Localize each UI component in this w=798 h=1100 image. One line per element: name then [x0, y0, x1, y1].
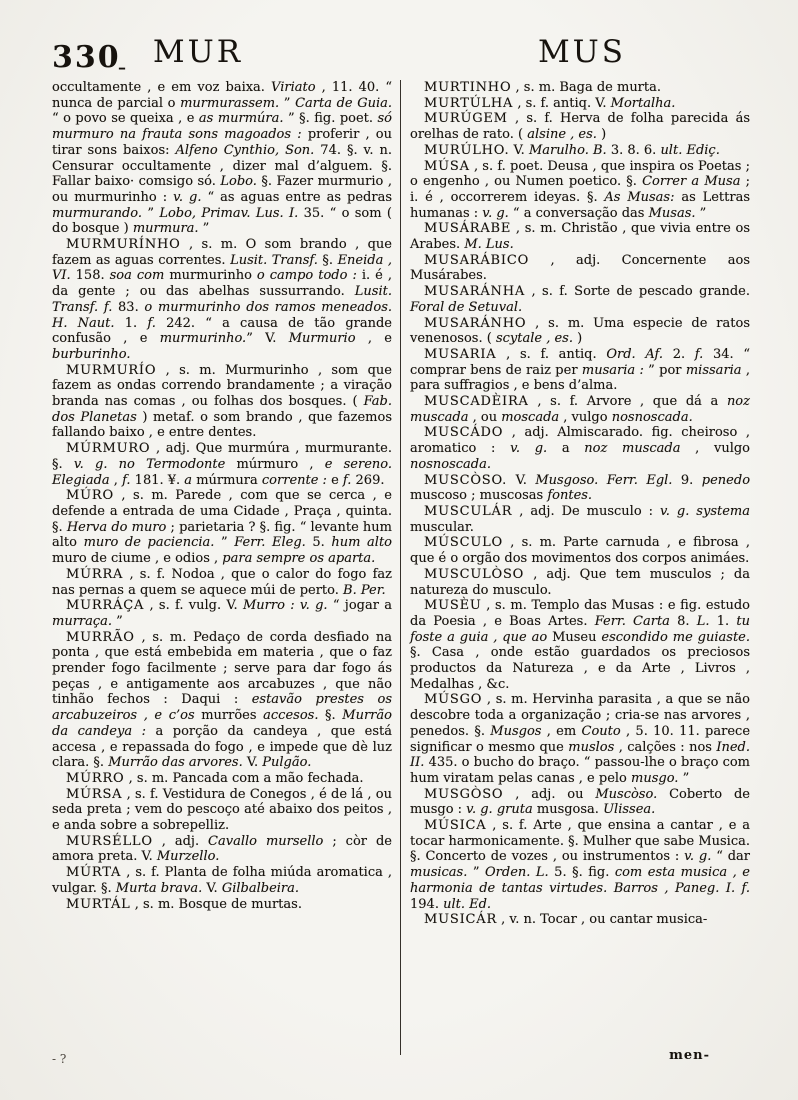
headword: MÚRTA [66, 865, 121, 880]
dictionary-entry: MURTINHO , s. m. Baga de murta. [410, 80, 750, 96]
headword: MURTÚLHA [424, 96, 513, 111]
dictionary-entry: MÚRTA , s. f. Planta de folha miúda arom… [52, 865, 392, 896]
dictionary-entry: MURRÃO , s. m. Pedaço de corda desfiado … [52, 630, 392, 771]
headword: MURRÃO [66, 630, 135, 645]
dictionary-entry: MÚSCULO , s. m. Parte carnuda , e fibros… [410, 535, 750, 566]
dictionary-entry: MURTÁL , s. m. Bosque de murtas. [52, 897, 392, 913]
headword: MUSÈU [424, 598, 482, 613]
headword: MÚSGO [424, 692, 482, 707]
dictionary-entry: MÚSICA , s. f. Arte , que ensina a canta… [410, 818, 750, 912]
dictionary-entry: MUSICÁR , v. n. Tocar , ou cantar musica… [410, 912, 750, 928]
dictionary-entry: MÚRSA , s. f. Vestidura de Conegos , é d… [52, 787, 392, 834]
headword: MURTÁL [66, 897, 131, 912]
page-header: 330 – MUR MUS [0, 34, 798, 76]
catchword: men- [669, 1048, 710, 1063]
dictionary-entry: MUSARIA , s. f. antiq. Ord. Af. 2. f. 34… [410, 347, 750, 394]
running-head-right: MUS [402, 34, 762, 70]
headword: MÚRSA [66, 787, 122, 802]
dictionary-page-scan: 330 – MUR MUS occultamente , e em voz ba… [0, 0, 798, 1100]
headword: MUSARÁNHO [424, 316, 526, 331]
running-head-left: MUR [0, 34, 396, 70]
dictionary-entry: MURÚGEM , s. f. Herva de folha parecida … [410, 111, 750, 142]
dictionary-entry: MUSARÁNHO , s. m. Uma especie de ratos v… [410, 316, 750, 347]
headword: MUSARÁNHA [424, 284, 525, 299]
headword: MUSCÁDO [424, 425, 503, 440]
headword: MURMURÍO [66, 363, 156, 378]
dictionary-entry: MUSÈU , s. m. Templo das Musas : e fig. … [410, 598, 750, 692]
dictionary-entry: MUSCULÒSO , adj. Que tem musculos ; da n… [410, 567, 750, 598]
headword: MUSCÒSO. [424, 473, 507, 488]
bottom-left-stray-mark: - ? [52, 1052, 66, 1066]
headword: MUSCADÈIRA [424, 394, 529, 409]
right-column: MURTINHO , s. m. Baga de murta.MURTÚLHA … [401, 80, 750, 1065]
headword: MÚRRO [66, 771, 125, 786]
headword: MUSARÁBICO [424, 253, 529, 268]
dictionary-entry: MÚSA , s. f. poet. Deusa , que inspira o… [410, 159, 750, 222]
headword: MUSCULÁR [424, 504, 512, 519]
dictionary-entry: MÚSGO , s. m. Hervinha parasita , a que … [410, 692, 750, 786]
dictionary-entry: MURMURÍO , s. m. Murmurinho , som que fa… [52, 363, 392, 442]
dictionary-entry: MUSÁRABE , s. m. Christão , que vivia en… [410, 221, 750, 252]
headword: MUSCULÒSO [424, 567, 524, 582]
headword: MURÚLHO. [424, 143, 509, 158]
text-columns: occultamente , e em voz baixa. Viriato ,… [52, 80, 758, 1065]
dictionary-entry: MUSARÁBICO , adj. Concernente aos Musára… [410, 253, 750, 284]
headword: MURSÉLLO [66, 834, 153, 849]
headword: MÚRRA [66, 567, 123, 582]
dictionary-entry: MUSCÒSO. V. Musgoso. Ferr. Egl. 9. pened… [410, 473, 750, 504]
headword: MURTINHO [424, 80, 511, 95]
dictionary-entry: MUSCÁDO , adj. Almiscarado. fig. cheiros… [410, 425, 750, 472]
headword: MÚSICA [424, 818, 486, 833]
dictionary-entry: MURSÉLLO , adj. Cavallo mursello ; còr d… [52, 834, 392, 865]
dictionary-entry: occultamente , e em voz baixa. Viriato ,… [52, 80, 392, 237]
headword: MÚRO [66, 488, 114, 503]
headword: MUSICÁR [424, 912, 497, 927]
dictionary-entry: MUSGÒSO , adj. ou Muscòso. Coberto de mu… [410, 787, 750, 818]
dictionary-entry: MUSARÁNHA , s. f. Sorte de pescado grand… [410, 284, 750, 315]
headword: MÚSCULO [424, 535, 503, 550]
headword: MURRÁÇA [66, 598, 144, 613]
left-column: occultamente , e em voz baixa. Viriato ,… [52, 80, 400, 1065]
dictionary-entry: MÚRRO , s. m. Pancada com a mão fechada. [52, 771, 392, 787]
dictionary-entry: MUSCADÈIRA , s. f. Arvore , que dá a noz… [410, 394, 750, 425]
headword: MURMURÍNHO [66, 237, 181, 252]
dictionary-entry: MÚRRA , s. f. Nodoa , que o calor do fog… [52, 567, 392, 598]
headword: MÚRMURO [66, 441, 150, 456]
dictionary-entry: MURRÁÇA , s. f. vulg. V. Murro : v. g. “… [52, 598, 392, 629]
dictionary-entry: MURMURÍNHO , s. m. O som brando , que fa… [52, 237, 392, 363]
dictionary-entry: MURÚLHO. V. Marulho. B. 3. 8. 6. ult. Ed… [410, 143, 750, 159]
dictionary-entry: MÚRO , s. m. Parede , com que se cerca ,… [52, 488, 392, 567]
headword: MUSARIA [424, 347, 496, 362]
dictionary-entry: MÚRMURO , adj. Que murmúra , murmurante.… [52, 441, 392, 488]
headword: MURÚGEM [424, 111, 508, 126]
dictionary-entry: MURTÚLHA , s. f. antiq. V. Mortalha. [410, 96, 750, 112]
dictionary-entry: MUSCULÁR , adj. De musculo : v. g. syste… [410, 504, 750, 535]
headword: MÚSA [424, 159, 470, 174]
headword: MUSÁRABE [424, 221, 511, 236]
headword: MUSGÒSO [424, 787, 503, 802]
